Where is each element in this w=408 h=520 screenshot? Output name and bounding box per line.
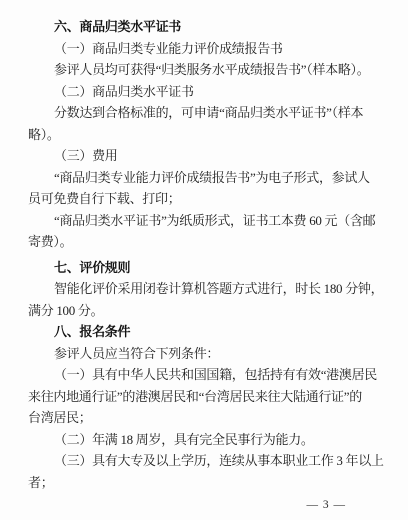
document-line: 略）。 [28,124,390,146]
section-heading: 八、报名条件 [28,321,390,343]
document-line: （三）具有大专及以上学历，连续从事本职业工作 3 年以上 [28,450,390,472]
section-heading: 六、商品归类水平证书 [28,16,390,38]
document-line: 参评人员应当符合下列条件： [28,343,390,365]
document-line: 满分 100 分。 [28,300,390,322]
document-line: “商品归类专业能力评价成绩报告书”为电子形式，参试人 [28,167,390,189]
document-line: 来往内地通行证”的港澳居民和“台湾居民来往大陆通行证”的 [28,386,390,408]
document-line: 分数达到合格标准的，可申请“商品归类水平证书”（样本 [28,102,390,124]
document-line: （三）费用 [28,145,390,167]
document-line: 参评人员均可获得“归类服务水平成绩报告书”（样本略）。 [28,59,390,81]
document-line: （一）具有中华人民共和国国籍，包括持有有效“港澳居民 [28,364,390,386]
document-line: （二）商品归类水平证书 [28,81,390,103]
document-line: 台湾居民； [28,407,390,429]
document-line: 者； [28,472,390,494]
document-line: （二）年满 18 周岁，具有完全民事行为能力。 [28,429,390,451]
document-line: 员可免费自行下载、打印； [28,188,390,210]
document-line: （一）商品归类专业能力评价成绩报告书 [28,38,390,60]
document-line: 智能化评价采用闭卷计算机答题方式进行，时长 180 分钟， [28,278,390,300]
section-heading: 七、评价规则 [28,257,390,279]
page-number: — 3 — [307,499,347,511]
scanned-document-page: 六、商品归类水平证书（一）商品归类专业能力评价成绩报告书参评人员均可获得“归类服… [0,0,408,520]
document-line: 寄费）。 [28,231,390,253]
document-body: 六、商品归类水平证书（一）商品归类专业能力评价成绩报告书参评人员均可获得“归类服… [28,16,390,493]
document-line: “商品归类水平证书”为纸质形式，证书工本费 60 元（含邮 [28,210,390,232]
